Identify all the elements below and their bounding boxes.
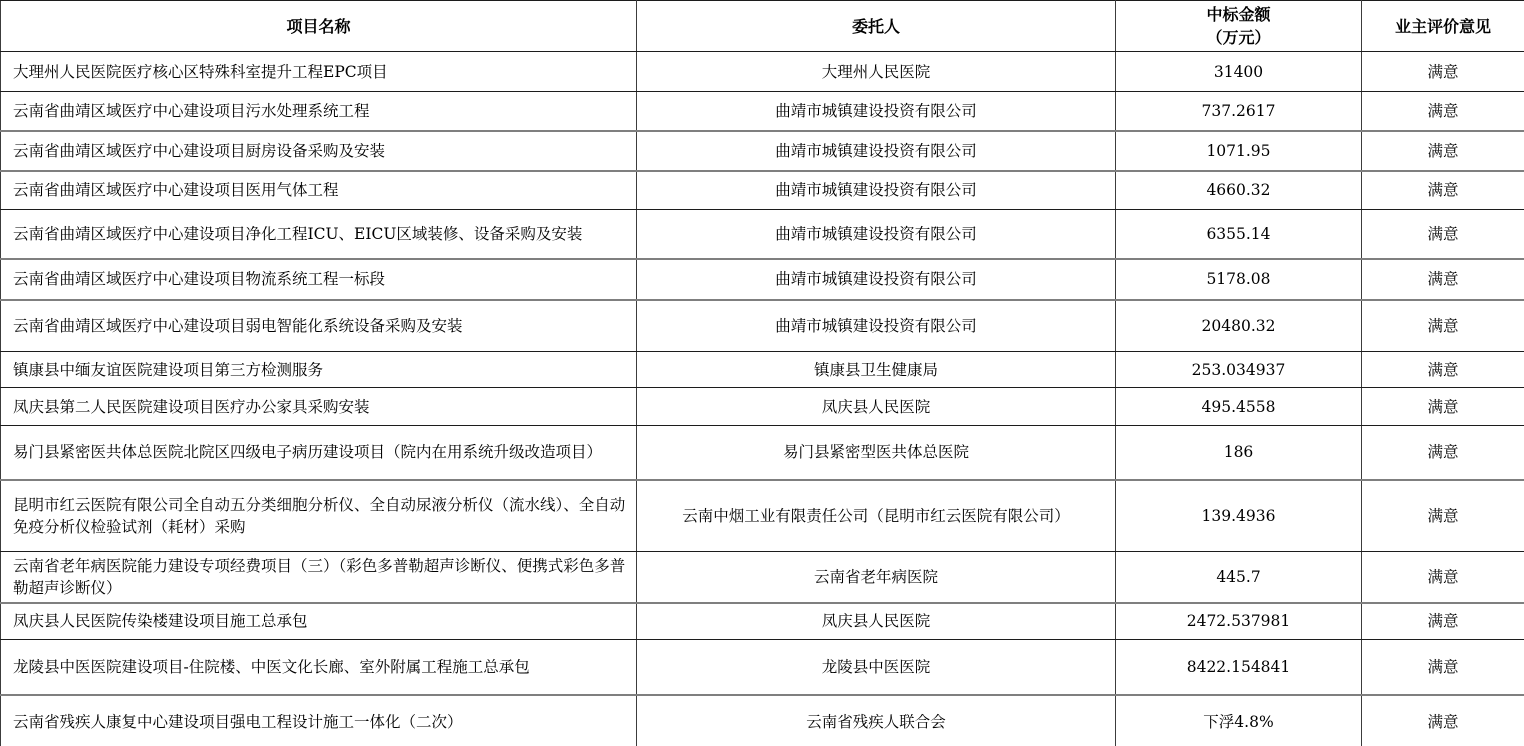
project-name-cell: 云南省曲靖区域医疗中心建设项目净化工程ICU、EICU区域装修、设备采购及安装 — [1, 210, 637, 259]
project-name-cell: 云南省曲靖区域医疗中心建设项目物流系统工程一标段 — [1, 259, 637, 300]
client-cell: 曲靖市城镇建设投资有限公司 — [637, 131, 1116, 171]
bid-amount-cell: 253.034937 — [1116, 352, 1362, 388]
client-cell: 曲靖市城镇建设投资有限公司 — [637, 300, 1116, 352]
evaluation-cell: 满意 — [1362, 603, 1524, 640]
project-name-cell: 凤庆县第二人民医院建设项目医疗办公家具采购安装 — [1, 388, 637, 426]
client-cell: 曲靖市城镇建设投资有限公司 — [637, 171, 1116, 210]
bid-amount-cell: 31400 — [1116, 52, 1362, 92]
project-name-cell: 云南省曲靖区域医疗中心建设项目医用气体工程 — [1, 171, 637, 210]
project-name-cell: 易门县紧密医共体总医院北院区四级电子病历建设项目（院内在用系统升级改造项目） — [1, 426, 637, 480]
col-header-owner-evaluation: 业主评价意见 — [1362, 1, 1524, 52]
bid-amount-cell: 20480.32 — [1116, 300, 1362, 352]
table-row: 大理州人民医院医疗核心区特殊科室提升工程EPC项目 大理州人民医院 31400 … — [1, 52, 1524, 92]
table-row: 镇康县中缅友谊医院建设项目第三方检测服务 镇康县卫生健康局 253.034937… — [1, 352, 1524, 388]
table-row: 龙陵县中医医院建设项目-住院楼、中医文化长廊、室外附属工程施工总承包 龙陵县中医… — [1, 640, 1524, 695]
evaluation-cell: 满意 — [1362, 259, 1524, 300]
table-header: 项目名称 委托人 中标金额 （万元） 业主评价意见 — [1, 1, 1524, 52]
evaluation-cell: 满意 — [1362, 52, 1524, 92]
project-name-cell: 云南省老年病医院能力建设专项经费项目（三）（彩色多普勒超声诊断仪、便携式彩色多普… — [1, 552, 637, 603]
table-body: 大理州人民医院医疗核心区特殊科室提升工程EPC项目 大理州人民医院 31400 … — [1, 52, 1524, 746]
evaluation-cell: 满意 — [1362, 300, 1524, 352]
client-cell: 曲靖市城镇建设投资有限公司 — [637, 259, 1116, 300]
evaluation-cell: 满意 — [1362, 92, 1524, 131]
project-name-cell: 镇康县中缅友谊医院建设项目第三方检测服务 — [1, 352, 637, 388]
bid-amount-cell: 8422.154841 — [1116, 640, 1362, 695]
bid-amount-cell: 下浮4.8% — [1116, 695, 1362, 746]
client-cell: 云南中烟工业有限责任公司（昆明市红云医院有限公司） — [637, 480, 1116, 552]
bid-amount-cell: 186 — [1116, 426, 1362, 480]
table-row: 云南省残疾人康复中心建设项目强电工程设计施工一体化（二次） 云南省残疾人联合会 … — [1, 695, 1524, 746]
table-row: 凤庆县人民医院传染楼建设项目施工总承包 凤庆县人民医院 2472.537981 … — [1, 603, 1524, 640]
evaluation-cell: 满意 — [1362, 171, 1524, 210]
table-row: 云南省老年病医院能力建设专项经费项目（三）（彩色多普勒超声诊断仪、便携式彩色多普… — [1, 552, 1524, 603]
table-row: 云南省曲靖区域医疗中心建设项目污水处理系统工程 曲靖市城镇建设投资有限公司 73… — [1, 92, 1524, 131]
table-row: 云南省曲靖区域医疗中心建设项目物流系统工程一标段 曲靖市城镇建设投资有限公司 5… — [1, 259, 1524, 300]
project-name-cell: 云南省曲靖区域医疗中心建设项目厨房设备采购及安装 — [1, 131, 637, 171]
bid-projects-table: 项目名称 委托人 中标金额 （万元） 业主评价意见 大理州人民医院医疗核心区特殊… — [0, 0, 1524, 746]
evaluation-cell: 满意 — [1362, 388, 1524, 426]
bid-amount-cell: 1071.95 — [1116, 131, 1362, 171]
client-cell: 云南省残疾人联合会 — [637, 695, 1116, 746]
client-cell: 凤庆县人民医院 — [637, 388, 1116, 426]
table-row: 昆明市红云医院有限公司全自动五分类细胞分析仪、全自动尿液分析仪（流水线）、全自动… — [1, 480, 1524, 552]
table-row: 云南省曲靖区域医疗中心建设项目净化工程ICU、EICU区域装修、设备采购及安装 … — [1, 210, 1524, 259]
bid-amount-cell: 5178.08 — [1116, 259, 1362, 300]
project-name-cell: 云南省残疾人康复中心建设项目强电工程设计施工一体化（二次） — [1, 695, 637, 746]
bid-amount-cell: 6355.14 — [1116, 210, 1362, 259]
bid-amount-cell: 445.7 — [1116, 552, 1362, 603]
project-name-cell: 龙陵县中医医院建设项目-住院楼、中医文化长廊、室外附属工程施工总承包 — [1, 640, 637, 695]
evaluation-cell: 满意 — [1362, 210, 1524, 259]
project-name-cell: 云南省曲靖区域医疗中心建设项目弱电智能化系统设备采购及安装 — [1, 300, 637, 352]
client-cell: 易门县紧密型医共体总医院 — [637, 426, 1116, 480]
evaluation-cell: 满意 — [1362, 426, 1524, 480]
evaluation-cell: 满意 — [1362, 480, 1524, 552]
header-row: 项目名称 委托人 中标金额 （万元） 业主评价意见 — [1, 1, 1524, 52]
bid-amount-cell: 139.4936 — [1116, 480, 1362, 552]
client-cell: 云南省老年病医院 — [637, 552, 1116, 603]
client-cell: 曲靖市城镇建设投资有限公司 — [637, 210, 1116, 259]
bid-amount-cell: 737.2617 — [1116, 92, 1362, 131]
project-name-cell: 昆明市红云医院有限公司全自动五分类细胞分析仪、全自动尿液分析仪（流水线）、全自动… — [1, 480, 637, 552]
client-cell: 大理州人民医院 — [637, 52, 1116, 92]
client-cell: 龙陵县中医医院 — [637, 640, 1116, 695]
table-row: 云南省曲靖区域医疗中心建设项目弱电智能化系统设备采购及安装 曲靖市城镇建设投资有… — [1, 300, 1524, 352]
bid-amount-cell: 495.4558 — [1116, 388, 1362, 426]
table-row: 易门县紧密医共体总医院北院区四级电子病历建设项目（院内在用系统升级改造项目） 易… — [1, 426, 1524, 480]
client-cell: 曲靖市城镇建设投资有限公司 — [637, 92, 1116, 131]
evaluation-cell: 满意 — [1362, 131, 1524, 171]
project-name-cell: 大理州人民医院医疗核心区特殊科室提升工程EPC项目 — [1, 52, 637, 92]
table-row: 云南省曲靖区域医疗中心建设项目厨房设备采购及安装 曲靖市城镇建设投资有限公司 1… — [1, 131, 1524, 171]
col-header-bid-amount: 中标金额 （万元） — [1116, 1, 1362, 52]
project-name-cell: 云南省曲靖区域医疗中心建设项目污水处理系统工程 — [1, 92, 637, 131]
project-name-cell: 凤庆县人民医院传染楼建设项目施工总承包 — [1, 603, 637, 640]
bid-amount-cell: 4660.32 — [1116, 171, 1362, 210]
evaluation-cell: 满意 — [1362, 352, 1524, 388]
client-cell: 凤庆县人民医院 — [637, 603, 1116, 640]
col-header-client: 委托人 — [637, 1, 1116, 52]
bid-amount-cell: 2472.537981 — [1116, 603, 1362, 640]
col-header-project-name: 项目名称 — [1, 1, 637, 52]
table-row: 凤庆县第二人民医院建设项目医疗办公家具采购安装 凤庆县人民医院 495.4558… — [1, 388, 1524, 426]
evaluation-cell: 满意 — [1362, 695, 1524, 746]
table-row: 云南省曲靖区域医疗中心建设项目医用气体工程 曲靖市城镇建设投资有限公司 4660… — [1, 171, 1524, 210]
evaluation-cell: 满意 — [1362, 640, 1524, 695]
client-cell: 镇康县卫生健康局 — [637, 352, 1116, 388]
evaluation-cell: 满意 — [1362, 552, 1524, 603]
